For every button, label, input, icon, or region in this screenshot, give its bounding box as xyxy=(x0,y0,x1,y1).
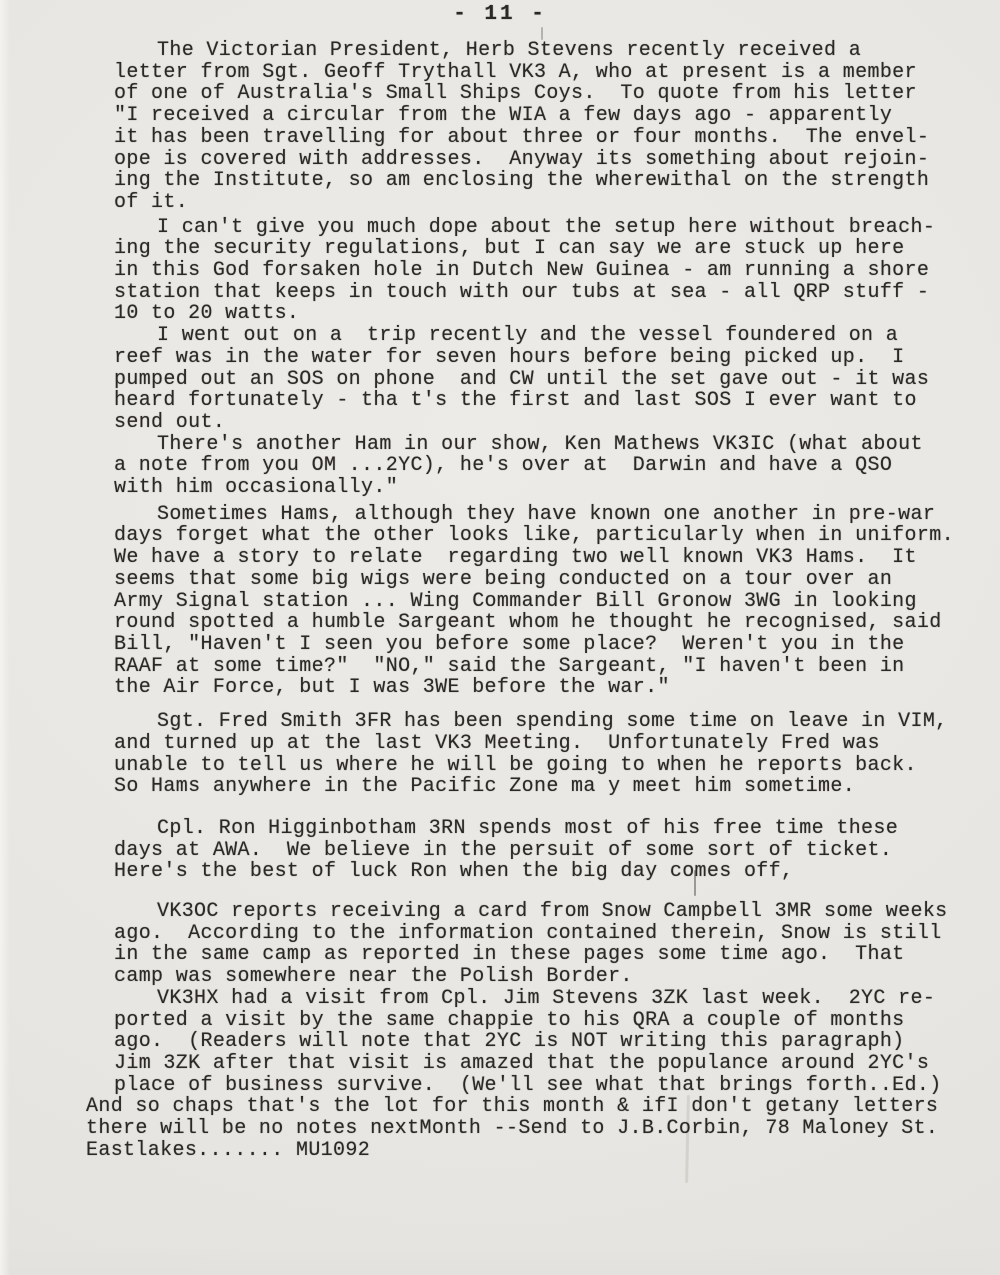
document-body: The Victorian President, Herb Stevens re… xyxy=(114,40,1000,1161)
page-number: - 11 - xyxy=(0,3,1000,26)
paragraph-jim-stevens-visit: VK3HX had a visit from Cpl. Jim Stevens … xyxy=(114,988,1000,1097)
paragraph-vessel-foundered: I went out on a trip recently and the ve… xyxy=(114,325,1000,434)
paragraph-closing-send-notes: And so chaps that's the lot for this mon… xyxy=(86,1096,1000,1161)
scanned-document-page: - 11 - The Victorian President, Herb Ste… xyxy=(0,0,1000,1275)
paragraph-victorian-president-letter: The Victorian President, Herb Stevens re… xyxy=(114,40,1000,214)
paragraph-fred-smith-leave: Sgt. Fred Smith 3FR has been spending so… xyxy=(114,711,1000,798)
paragraph-security-regulations: I can't give you much dope about the set… xyxy=(114,217,1000,326)
paragraph-ken-mathews: There's another Ham in our show, Ken Mat… xyxy=(114,434,1000,499)
paragraph-hams-in-uniform-story: Sometimes Hams, although they have known… xyxy=(114,504,1000,699)
paragraph-snow-campbell-card: VK3OC reports receiving a card from Snow… xyxy=(114,901,1000,988)
paragraph-ron-higginbotham: Cpl. Ron Higginbotham 3RN spends most of… xyxy=(114,818,1000,883)
